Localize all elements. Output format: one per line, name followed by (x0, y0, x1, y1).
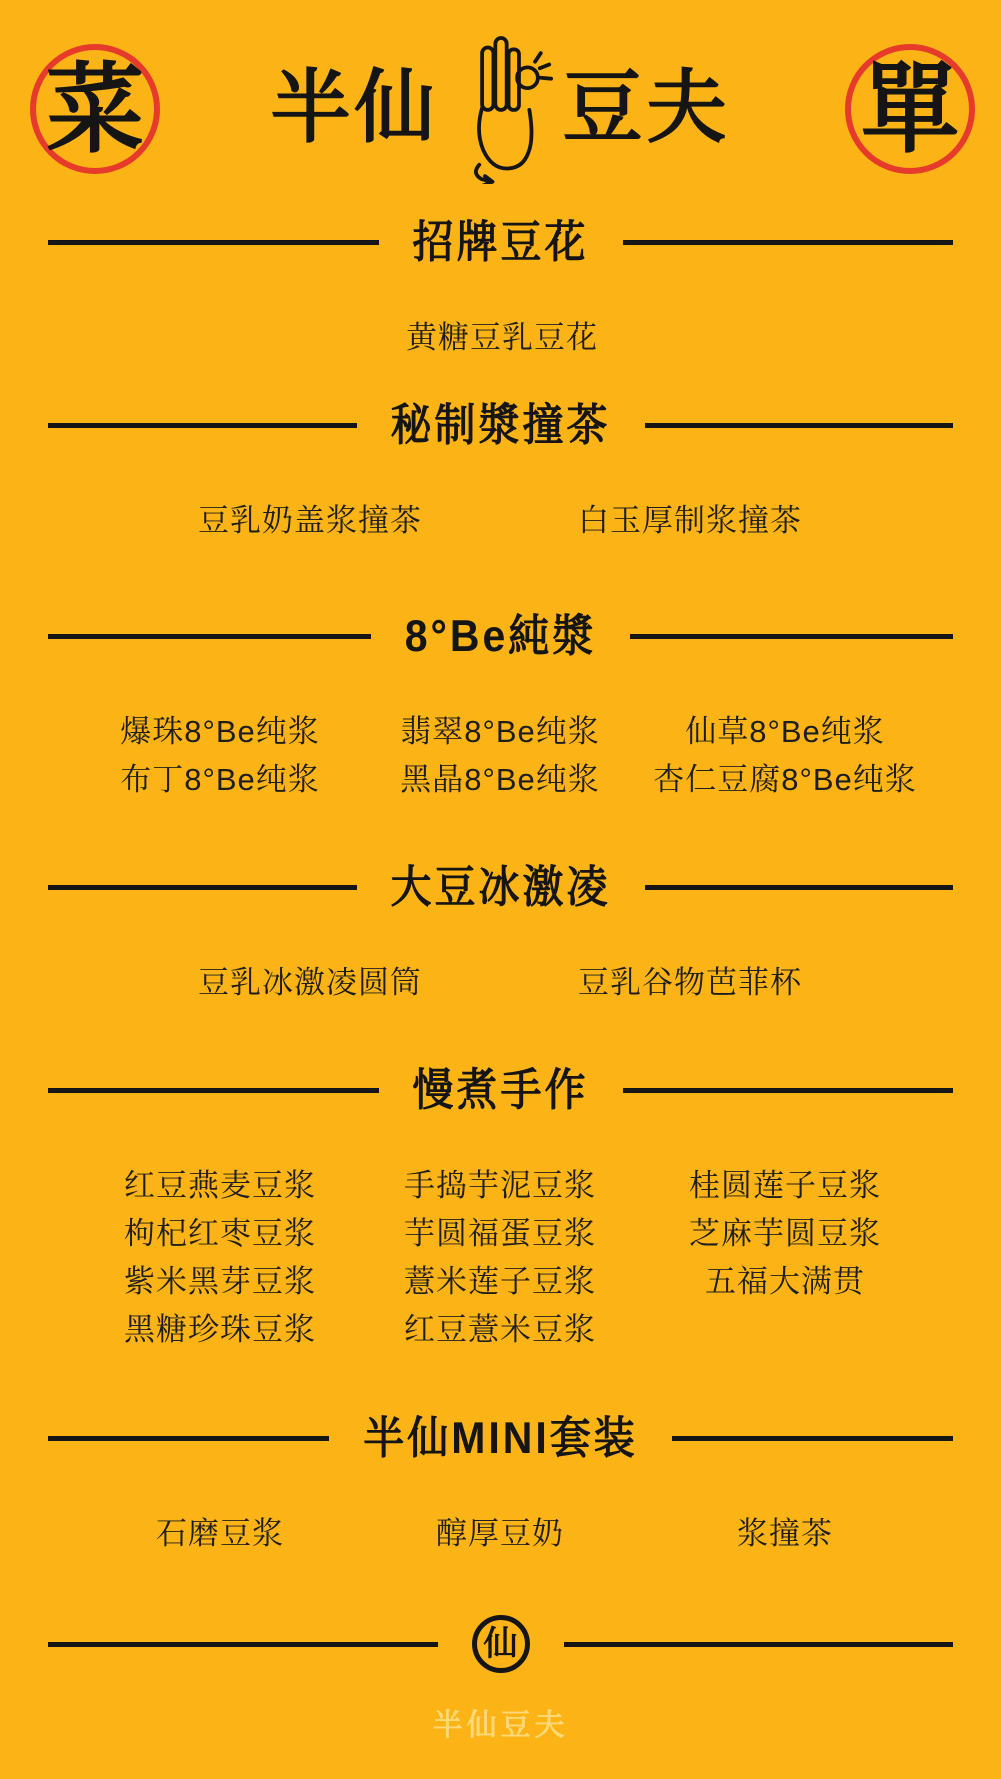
divider-line-left (48, 1642, 438, 1647)
snapping-hand-icon (449, 32, 553, 184)
menu-item: 红豆薏米豆浆 (404, 1310, 596, 1350)
section-line-left (48, 634, 371, 639)
menu-item: 芋圆福蛋豆浆 (404, 1214, 596, 1254)
section-title: 8°Be純漿 (405, 614, 597, 658)
badge-char-cai: 菜 (46, 60, 144, 158)
menu-item: 薏米莲子豆浆 (404, 1262, 596, 1302)
menu-section: 秘制漿撞茶豆乳奶盖浆撞茶白玉厚制浆撞茶 (0, 401, 1001, 549)
section-line-right (672, 1436, 953, 1441)
section-line-left (48, 885, 357, 890)
menu-row: 爆珠8°Be纯浆翡翠8°Be纯浆仙草8°Be纯浆 (0, 712, 1001, 752)
menu-section: 大豆冰激凌豆乳冰激凌圆筒豆乳谷物芭菲杯 (0, 863, 1001, 1011)
menu-item: 白玉厚制浆撞茶 (578, 501, 802, 541)
menu-section: 半仙MINI套装石磨豆浆醇厚豆奶浆撞茶 (0, 1414, 1001, 1562)
section-items: 石磨豆浆醇厚豆奶浆撞茶 (0, 1514, 1001, 1554)
menu-item: 黑晶8°Be纯浆 (400, 760, 600, 800)
section-line-left (48, 423, 357, 428)
menu-item: 豆乳奶盖浆撞茶 (198, 501, 422, 541)
menu-row: 黄糖豆乳豆花 (0, 318, 1001, 358)
menu-item: 五福大满贯 (705, 1262, 865, 1302)
brand-text-right: 豆夫 (563, 68, 731, 148)
menu-item: 豆乳冰激凌圆筒 (198, 963, 422, 1003)
brand-text-left: 半仙 (271, 68, 439, 148)
menu-item: 紫米黑芽豆浆 (124, 1262, 316, 1302)
section-line-right (645, 885, 954, 890)
section-title-row: 8°Be純漿 (0, 612, 1001, 660)
section-line-right (645, 423, 954, 428)
section-line-right (623, 1088, 954, 1093)
section-title-row: 大豆冰激凌 (0, 863, 1001, 911)
section-title: 招牌豆花 (413, 220, 589, 264)
footer-brand-text: 半仙豆夫 (0, 1700, 1001, 1744)
menu-row: 红豆燕麦豆浆手捣芋泥豆浆桂圆莲子豆浆 (0, 1166, 1001, 1206)
menu-item: 豆乳谷物芭菲杯 (578, 963, 802, 1003)
menu-item: 红豆燕麦豆浆 (124, 1166, 316, 1206)
menu-item: 浆撞茶 (737, 1514, 833, 1554)
section-line-left (48, 240, 379, 245)
menu-poster: 菜 半仙 (0, 0, 1001, 1779)
menu-item: 石磨豆浆 (156, 1514, 284, 1554)
section-title-row: 招牌豆花 (0, 218, 1001, 266)
menu-item: 杏仁豆腐8°Be纯浆 (653, 760, 917, 800)
section-items: 爆珠8°Be纯浆翡翠8°Be纯浆仙草8°Be纯浆布丁8°Be纯浆黑晶8°Be纯浆… (0, 712, 1001, 800)
brand-logo: 半仙 豆夫 (271, 30, 731, 185)
menu-section: 招牌豆花黄糖豆乳豆花 (0, 218, 1001, 366)
menu-row: 豆乳冰激凌圆筒豆乳谷物芭菲杯 (0, 963, 1001, 1003)
badge-char-dan: 單 (861, 60, 959, 158)
footer-divider: 仙 (0, 1615, 1001, 1673)
menu-section: 慢煮手作红豆燕麦豆浆手捣芋泥豆浆桂圆莲子豆浆枸杞红枣豆浆芋圆福蛋豆浆芝麻芋圆豆浆… (0, 1066, 1001, 1358)
menu-item: 爆珠8°Be纯浆 (120, 712, 320, 752)
section-title: 大豆冰激凌 (391, 865, 611, 909)
seal-badge: 仙 (472, 1615, 530, 1673)
section-title: 秘制漿撞茶 (391, 403, 611, 447)
section-title: 慢煮手作 (413, 1068, 589, 1112)
menu-item: 手捣芋泥豆浆 (404, 1166, 596, 1206)
menu-item: 黄糖豆乳豆花 (406, 318, 598, 358)
section-title: 半仙MINI套装 (363, 1416, 638, 1460)
section-line-right (623, 240, 954, 245)
section-items: 红豆燕麦豆浆手捣芋泥豆浆桂圆莲子豆浆枸杞红枣豆浆芋圆福蛋豆浆芝麻芋圆豆浆紫米黑芽… (0, 1166, 1001, 1350)
menu-row: 布丁8°Be纯浆黑晶8°Be纯浆杏仁豆腐8°Be纯浆 (0, 760, 1001, 800)
section-items: 豆乳冰激凌圆筒豆乳谷物芭菲杯 (0, 963, 1001, 1003)
divider-line-right (564, 1642, 954, 1647)
menu-item: 翡翠8°Be纯浆 (400, 712, 600, 752)
menu-row: 豆乳奶盖浆撞茶白玉厚制浆撞茶 (0, 501, 1001, 541)
menu-row: 石磨豆浆醇厚豆奶浆撞茶 (0, 1514, 1001, 1554)
menu-row: 紫米黑芽豆浆薏米莲子豆浆五福大满贯 (0, 1262, 1001, 1302)
menu-row: 黑糖珍珠豆浆红豆薏米豆浆 (0, 1310, 1001, 1350)
menu-item: 醇厚豆奶 (436, 1514, 564, 1554)
menu-item: 黑糖珍珠豆浆 (124, 1310, 316, 1350)
seal-char-xian: 仙 (484, 1627, 518, 1661)
section-line-left (48, 1088, 379, 1093)
menu-item: 枸杞红枣豆浆 (124, 1214, 316, 1254)
section-items: 豆乳奶盖浆撞茶白玉厚制浆撞茶 (0, 501, 1001, 541)
menu-item: 桂圆莲子豆浆 (689, 1166, 881, 1206)
section-title-row: 秘制漿撞茶 (0, 401, 1001, 449)
menu-badge-left: 菜 (30, 44, 160, 174)
menu-item: 仙草8°Be纯浆 (685, 712, 885, 752)
menu-item: 布丁8°Be纯浆 (120, 760, 320, 800)
section-title-row: 半仙MINI套装 (0, 1414, 1001, 1462)
menu-item: 芝麻芋圆豆浆 (689, 1214, 881, 1254)
menu-row: 枸杞红枣豆浆芋圆福蛋豆浆芝麻芋圆豆浆 (0, 1214, 1001, 1254)
menu-section: 8°Be純漿爆珠8°Be纯浆翡翠8°Be纯浆仙草8°Be纯浆布丁8°Be纯浆黑晶… (0, 612, 1001, 808)
section-items: 黄糖豆乳豆花 (0, 318, 1001, 358)
section-title-row: 慢煮手作 (0, 1066, 1001, 1114)
menu-badge-right: 單 (845, 44, 975, 174)
section-line-left (48, 1436, 329, 1441)
section-line-right (630, 634, 953, 639)
